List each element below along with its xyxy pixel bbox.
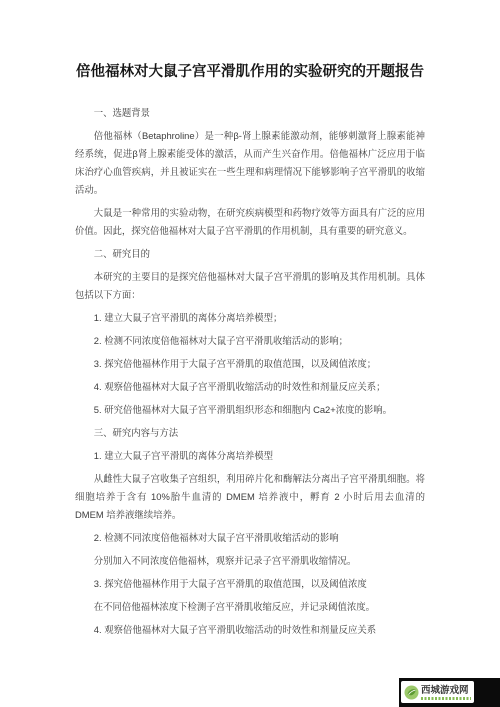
- watermark-brand-text: 西城游戏网: [421, 685, 471, 696]
- doc-paragraph: 4. 观察倍他福林对大鼠子宫平滑肌收缩活动的时效性和剂量反应关系；: [75, 378, 425, 396]
- doc-paragraph: 3. 探究倍他福林作用于大鼠子宫平滑肌的取值范围，以及阈值浓度；: [75, 355, 425, 373]
- doc-paragraph: 5. 研究倍他福林对大鼠子宫平滑肌组织形态和细胞内 Ca2+浓度的影响。: [75, 401, 425, 419]
- document-title: 倍他福林对大鼠子宫平滑肌作用的实验研究的开题报告: [75, 62, 425, 82]
- watermark-card: 西城游戏网: [401, 681, 474, 703]
- doc-paragraph: 1. 建立大鼠子宫平滑肌的离体分离培养模型；: [75, 309, 425, 327]
- doc-paragraph: 4. 观察倍他福林对大鼠子宫平滑肌收缩活动的时效性和剂量反应关系: [75, 621, 425, 639]
- doc-paragraph: 大鼠是一种常用的实验动物，在研究疾病模型和药物疗效等方面具有广泛的应用价值。因此…: [75, 204, 425, 240]
- doc-paragraph: 从雌性大鼠子宫收集子宫组织，利用碎片化和酶解法分离出子宫平滑肌细胞。将细胞培养于…: [75, 470, 425, 524]
- doc-paragraph: 倍他福林（Betaphroline）是一种β-肾上腺素能激动剂，能够刺激肾上腺素…: [75, 127, 425, 199]
- doc-heading: 二、研究目的: [75, 245, 425, 263]
- doc-paragraph: 在不同倍他福林浓度下检测子宫平滑肌收缩反应，并记录阈值浓度。: [75, 598, 425, 616]
- watermark-tagline: [421, 697, 471, 700]
- doc-paragraph: 1. 建立大鼠子宫平滑肌的离体分离培养模型: [75, 447, 425, 465]
- document-body: 一、选题背景倍他福林（Betaphroline）是一种β-肾上腺素能激动剂，能够…: [75, 104, 425, 639]
- doc-heading: 三、研究内容与方法: [75, 424, 425, 442]
- doc-paragraph: 分别加入不同浓度倍他福林，观察并记录子宫平滑肌收缩情况。: [75, 552, 425, 570]
- doc-heading: 一、选题背景: [75, 104, 425, 122]
- doc-paragraph: 2. 检测不同浓度倍他福林对大鼠子宫平滑肌收缩活动的影响: [75, 529, 425, 547]
- doc-paragraph: 3. 探究倍他福林作用于大鼠子宫平滑肌的取值范围，以及阈值浓度: [75, 575, 425, 593]
- watermark-badge: 西城游戏网: [399, 678, 500, 707]
- doc-paragraph: 2. 检测不同浓度倍他福林对大鼠子宫平滑肌收缩活动的影响；: [75, 332, 425, 350]
- document-page: 倍他福林对大鼠子宫平滑肌作用的实验研究的开题报告 一、选题背景倍他福林（Beta…: [0, 0, 500, 707]
- doc-paragraph: 本研究的主要目的是探究倍他福林对大鼠子宫平滑肌的影响及其作用机制。具体包括以下方…: [75, 268, 425, 304]
- leaf-logo-icon: [404, 685, 419, 700]
- watermark-text-wrap: 西城游戏网: [421, 685, 471, 700]
